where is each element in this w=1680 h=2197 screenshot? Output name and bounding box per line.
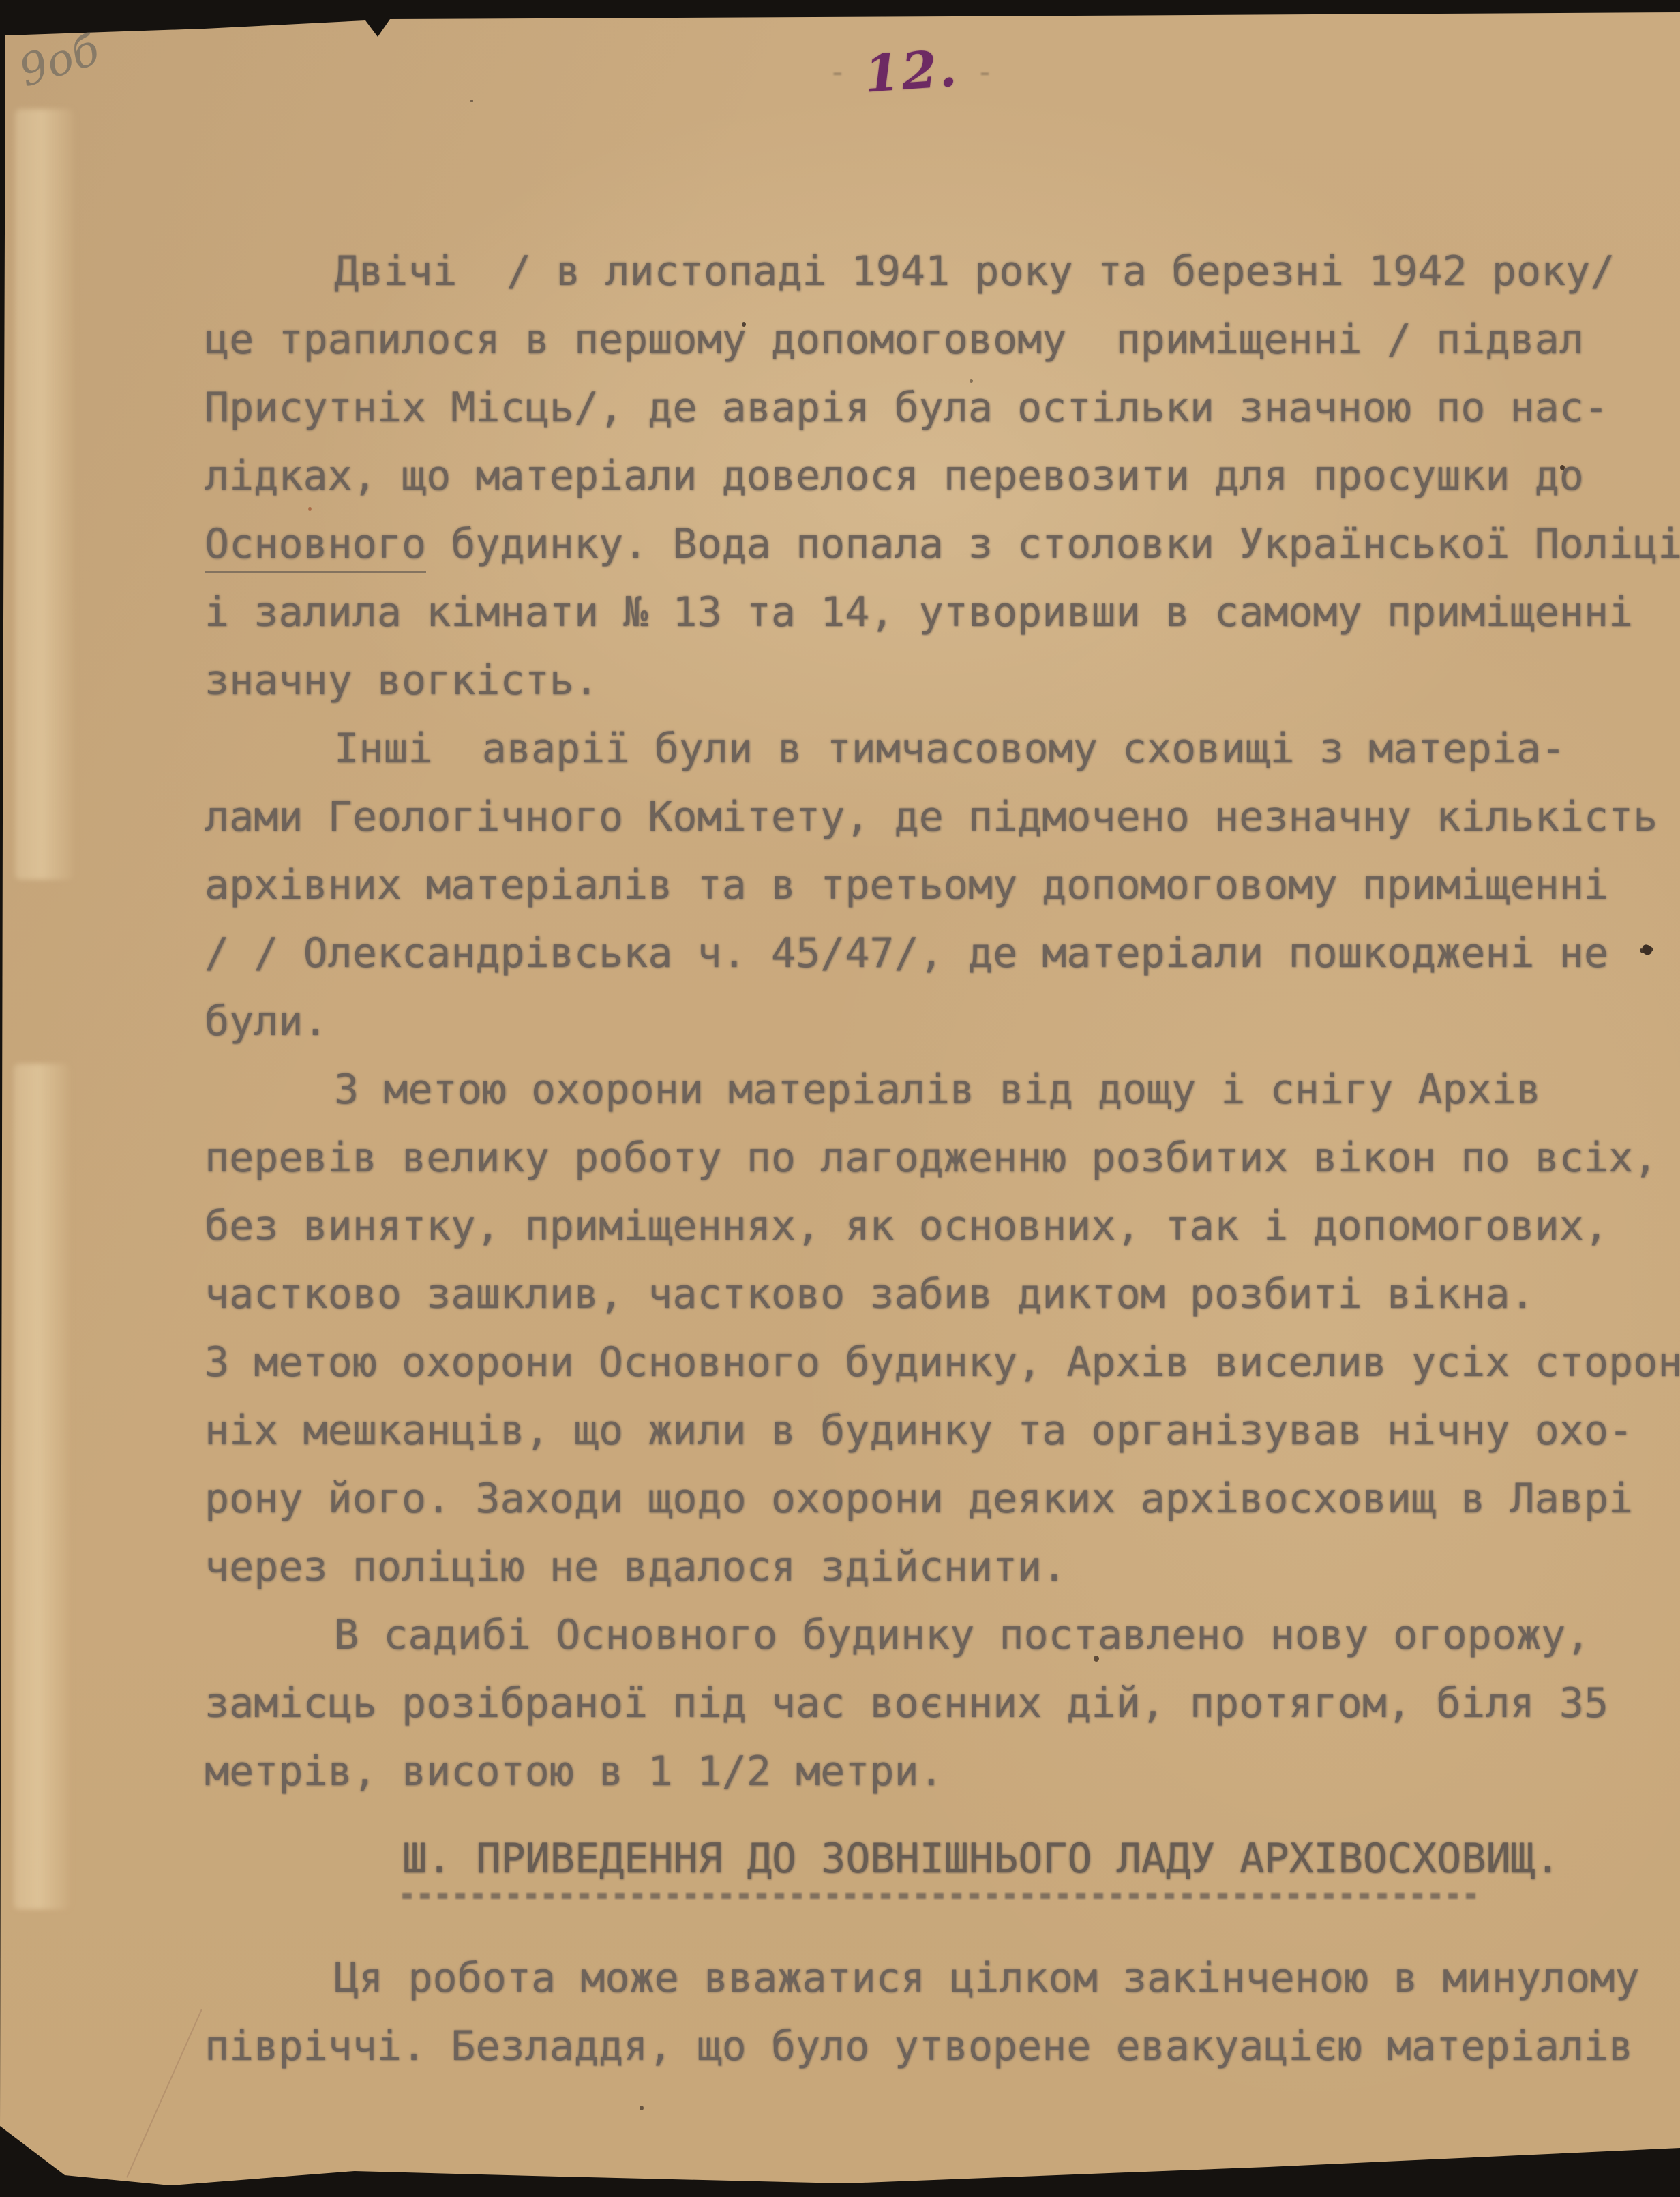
typed-line: значну вогкість. [205,646,1680,715]
typed-line: рону його. Заходи щодо охорони деяких ар… [205,1465,1680,1533]
typed-line: перевів велику роботу по лагодженню розб… [205,1124,1680,1192]
page-number-right-dash: - [976,55,994,89]
typed-line: Двічі / в листопаді 1941 року та березні… [205,237,1680,305]
paper-speck [970,379,973,383]
typed-line: Інші аварії були в тимчасовому сховищі з… [205,715,1680,783]
typed-line: Основного будинку. Вода попала з столовк… [205,510,1680,578]
typed-line: Присутніх Місць/, де аварія була остільк… [205,374,1680,442]
paper-speck [742,322,746,327]
typed-line: без винятку, приміщеннях, як основних, т… [205,1192,1680,1260]
typed-line: Ця робота може вважатися цілком закінчен… [205,1944,1680,2012]
typed-line: архівних матеріалів та в третьому допомо… [205,851,1680,919]
typed-line: З метою охорони матеріалів від дощу і сн… [205,1056,1680,1124]
tape-strip-bottom [14,1064,70,1909]
paper-crease [126,2009,202,2177]
section-heading: Ш. ПРИВЕДЕННЯ ДО ЗОВНІШНЬОГО ЛАДУ АРХІВО… [402,1825,1680,1893]
typed-line: частково зашклив, частково забив диктом … [205,1260,1680,1328]
typed-line: З метою охорони Основного будинку, Архів… [205,1328,1680,1396]
typed-line: були. [205,987,1680,1056]
heading-dashed-underline [402,1893,1480,1899]
typed-line: лідках, що матеріали довелося перевозити… [205,442,1680,510]
pencil-folio-note: 9об [13,25,105,98]
page-number: - 12. - [828,42,994,101]
typewritten-text-body: Двічі / в листопаді 1941 року та березні… [205,237,1680,2080]
typed-line: це трапилося в першому допомоговому прим… [205,305,1680,374]
paper-speck [1560,465,1565,470]
typed-line: В садибі Основного будинку поставлено но… [205,1601,1680,1669]
typed-line: півріччі. Безладдя, що було утворене ева… [205,2012,1680,2080]
paper-speck [640,2106,644,2110]
paper-speck [308,507,312,511]
page-number-value: 12. [862,39,960,104]
typed-line: метрів, висотою в 1 1/2 метри. [205,1737,1680,1806]
paper-speck [470,100,473,102]
typed-line: ніх мешканців, що жили в будинку та орга… [205,1396,1680,1465]
typed-line: лами Геологічного Комітету, де підмочено… [205,783,1680,851]
paper-speck [1094,1656,1099,1662]
tape-strip-top [15,109,74,880]
document-page: 9об - 12. - Двічі / в листопаді 1941 рок… [0,0,1680,2197]
underlined-word: Основного [205,520,426,573]
typed-line: через поліцію не вдалося здійснити. [205,1533,1680,1601]
typed-line: і залила кімнати № 13 та 14, утворивши в… [205,578,1680,646]
page-number-left-dash: - [828,55,847,89]
typed-line: замісць розібраної під час воєнних дій, … [205,1669,1680,1737]
typed-line: / / Олександрівська ч. 45/47/, де матері… [205,919,1680,987]
